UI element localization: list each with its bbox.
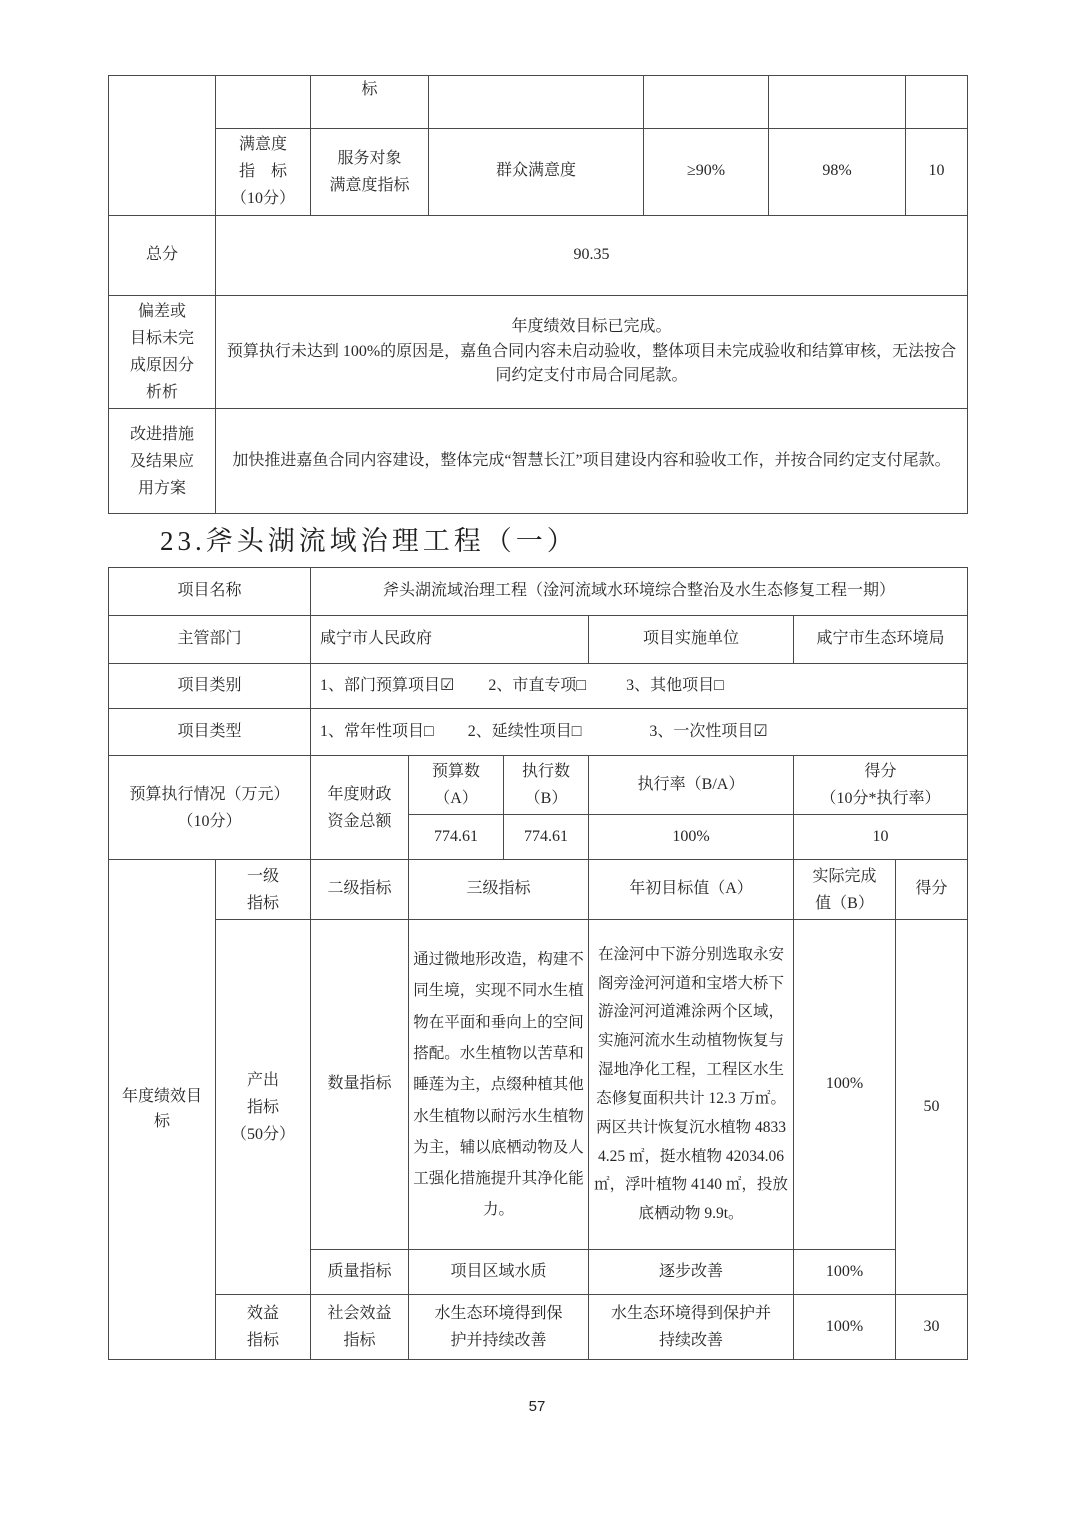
quality-indicator-level2-cell: 质量指标 xyxy=(311,1250,409,1295)
table-row: 预算执行情况（万元） （10分） 年度财政 资金总额 预算数 （A） 执行数 （… xyxy=(109,756,968,815)
benefit-indicator-target-cell: 水生态环境得到保护并 持续改善 xyxy=(589,1295,794,1360)
executed-amount-value-cell: 774.61 xyxy=(504,815,589,860)
option-label: 3、一次性项目 xyxy=(649,723,753,740)
benefit-indicator-score-cell: 30 xyxy=(896,1295,968,1360)
budget-amount-value-cell: 774.61 xyxy=(409,815,504,860)
checkbox-unchecked-icon: □ xyxy=(424,723,434,740)
benefit-indicator-level1-cell: 效益 指标 xyxy=(216,1295,311,1360)
option-label: 1、部门预算项目 xyxy=(320,677,440,694)
empty-cell xyxy=(429,76,644,129)
implementer-label-cell: 项目实施单位 xyxy=(589,616,794,664)
level1-header-cell: 一级 指标 xyxy=(216,860,311,920)
initial-target-header-cell: 年初目标值（A） xyxy=(589,860,794,920)
execution-rate-header-cell: 执行率（B/A） xyxy=(589,756,794,815)
checkbox-unchecked-icon: □ xyxy=(576,677,586,694)
quantity-indicator-target-cell: 在淦河中下游分别选取永安阁旁淦河河道和宝塔大桥下游淦河河道滩涂两个区域，实施河流… xyxy=(589,920,794,1250)
table-row: 改进措施 及结果应 用方案 加快推进嘉鱼合同内容建设，整体完成“智慧长江”项目建… xyxy=(109,409,968,514)
execution-rate-value-cell: 100% xyxy=(589,815,794,860)
annual-fund-label-cell: 年度财政 资金总额 xyxy=(311,756,409,860)
output-indicator-score-cell: 50 xyxy=(896,920,968,1295)
project-name-label-cell: 项目名称 xyxy=(109,568,311,616)
satisfaction-actual-cell: 98% xyxy=(769,129,906,216)
option-label: 2、市直专项 xyxy=(488,677,576,694)
satisfaction-target-cell: ≥90% xyxy=(644,129,769,216)
dept-value-cell: 咸宁市人民政府 xyxy=(311,616,589,664)
actual-value-header-cell: 实际完成 值（B） xyxy=(794,860,896,920)
satisfaction-level3-cell: 群众满意度 xyxy=(429,129,644,216)
type-option-2: 2、延续性项目□ xyxy=(468,720,582,745)
output-indicator-level1-cell: 产出 指标 （50分） xyxy=(216,920,311,1295)
level3-header-cell: 三级指标 xyxy=(409,860,589,920)
quality-indicator-target-cell: 逐步改善 xyxy=(589,1250,794,1295)
budget-score-header-cell: 得分 （10分*执行率） xyxy=(794,756,968,815)
checkbox-checked-icon: ☑ xyxy=(753,723,767,740)
improvement-value-cell: 加快推进嘉鱼合同内容建设，整体完成“智慧长江”项目建设内容和验收工作，并按合同约… xyxy=(216,409,968,514)
score-header-cell: 得分 xyxy=(896,860,968,920)
table-row: 偏差或 目标未完 成原因分 析析 年度绩效目标已完成。 预算执行未达到 100%… xyxy=(109,295,968,409)
category-option-2: 2、市直专项□ xyxy=(488,674,586,699)
quality-indicator-actual-cell: 100% xyxy=(794,1250,896,1295)
table-row: 主管部门 咸宁市人民政府 项目实施单位 咸宁市生态环境局 xyxy=(109,616,968,664)
previous-project-summary-table: 标 满意度 指 标 （10分） 服务对象 满意度指标 群众满意度 ≥90% 98… xyxy=(108,75,968,514)
budget-amount-header-cell: 预算数 （A） xyxy=(409,756,504,815)
checkbox-unchecked-icon: □ xyxy=(572,723,582,740)
satisfaction-score-cell: 10 xyxy=(906,129,968,216)
section-heading: 23.斧头湖流域治理工程（一） xyxy=(160,519,578,558)
table-row: 产出 指标 （50分） 数量指标 通过微地形改造，构建不同生境，实现不同水生植物… xyxy=(109,920,968,1250)
total-score-label-cell: 总分 xyxy=(109,215,216,295)
page-number: 57 xyxy=(0,1398,1074,1415)
type-option-1: 1、常年性项目□ xyxy=(320,720,434,745)
quantity-indicator-level3-cell: 通过微地形改造，构建不同生境，实现不同水生植物在平面和垂向上的空间搭配。水生植物… xyxy=(409,920,589,1250)
indicator-group-empty-cell xyxy=(109,76,216,216)
quantity-indicator-actual-cell: 100% xyxy=(794,920,896,1250)
quantity-indicator-level2-cell: 数量指标 xyxy=(311,920,409,1250)
budget-label-cell: 预算执行情况（万元） （10分） xyxy=(109,756,311,860)
project-evaluation-table: 项目名称 斧头湖流域治理工程（淦河流域水环境综合整治及水生态修复工程一期） 主管… xyxy=(108,567,968,1360)
annual-performance-label-cell: 年度绩效目 标 xyxy=(109,860,216,1360)
table-row: 年度绩效目 标 一级 指标 二级指标 三级指标 年初目标值（A） 实际完成 值（… xyxy=(109,860,968,920)
table-row: 总分 90.35 xyxy=(109,215,968,295)
type-label-cell: 项目类型 xyxy=(109,709,311,756)
implementer-value-cell: 咸宁市生态环境局 xyxy=(794,616,968,664)
deviation-label-cell: 偏差或 目标未完 成原因分 析析 xyxy=(109,295,216,409)
type-option-3: 3、一次性项目☑ xyxy=(649,720,767,745)
budget-score-value-cell: 10 xyxy=(794,815,968,860)
benefit-indicator-level2-cell: 社会效益 指标 xyxy=(311,1295,409,1360)
improvement-label-cell: 改进措施 及结果应 用方案 xyxy=(109,409,216,514)
table-row: 项目类型 1、常年性项目□ 2、延续性项目□ 3、一次性项目☑ xyxy=(109,709,968,756)
checkbox-checked-icon: ☑ xyxy=(440,677,454,694)
dept-label-cell: 主管部门 xyxy=(109,616,311,664)
category-value-cell: 1、部门预算项目☑ 2、市直专项□ 3、其他项目□ xyxy=(311,664,968,709)
benefit-indicator-actual-cell: 100% xyxy=(794,1295,896,1360)
satisfaction-level1-cell: 满意度 指 标 （10分） xyxy=(216,129,311,216)
table-row: 项目类别 1、部门预算项目☑ 2、市直专项□ 3、其他项目□ xyxy=(109,664,968,709)
option-label: 2、延续性项目 xyxy=(468,723,572,740)
type-value-cell: 1、常年性项目□ 2、延续性项目□ 3、一次性项目☑ xyxy=(311,709,968,756)
total-score-value-cell: 90.35 xyxy=(216,215,968,295)
category-label-cell: 项目类别 xyxy=(109,664,311,709)
empty-cell xyxy=(644,76,769,129)
table-row: 项目名称 斧头湖流域治理工程（淦河流域水环境综合整治及水生态修复工程一期） xyxy=(109,568,968,616)
executed-amount-header-cell: 执行数 （B） xyxy=(504,756,589,815)
level2-header-cell: 二级指标 xyxy=(311,860,409,920)
empty-cell xyxy=(769,76,906,129)
checkbox-unchecked-icon: □ xyxy=(714,677,724,694)
carry-over-text-cell: 标 xyxy=(311,76,429,129)
option-label: 3、其他项目 xyxy=(626,677,714,694)
empty-cell xyxy=(906,76,968,129)
table-row: 满意度 指 标 （10分） 服务对象 满意度指标 群众满意度 ≥90% 98% … xyxy=(109,129,968,216)
project-name-value-cell: 斧头湖流域治理工程（淦河流域水环境综合整治及水生态修复工程一期） xyxy=(311,568,968,616)
category-option-3: 3、其他项目□ xyxy=(626,674,724,699)
table-row: 标 xyxy=(109,76,968,129)
deviation-value-cell: 年度绩效目标已完成。 预算执行未达到 100%的原因是，嘉鱼合同内容未启动验收，… xyxy=(216,295,968,409)
option-label: 1、常年性项目 xyxy=(320,723,424,740)
satisfaction-level2-cell: 服务对象 满意度指标 xyxy=(311,129,429,216)
quality-indicator-level3-cell: 项目区域水质 xyxy=(409,1250,589,1295)
category-option-1: 1、部门预算项目☑ xyxy=(320,674,454,699)
benefit-indicator-level3-cell: 水生态环境得到保 护并持续改善 xyxy=(409,1295,589,1360)
empty-cell xyxy=(216,76,311,129)
table-row: 效益 指标 社会效益 指标 水生态环境得到保 护并持续改善 水生态环境得到保护并… xyxy=(109,1295,968,1360)
